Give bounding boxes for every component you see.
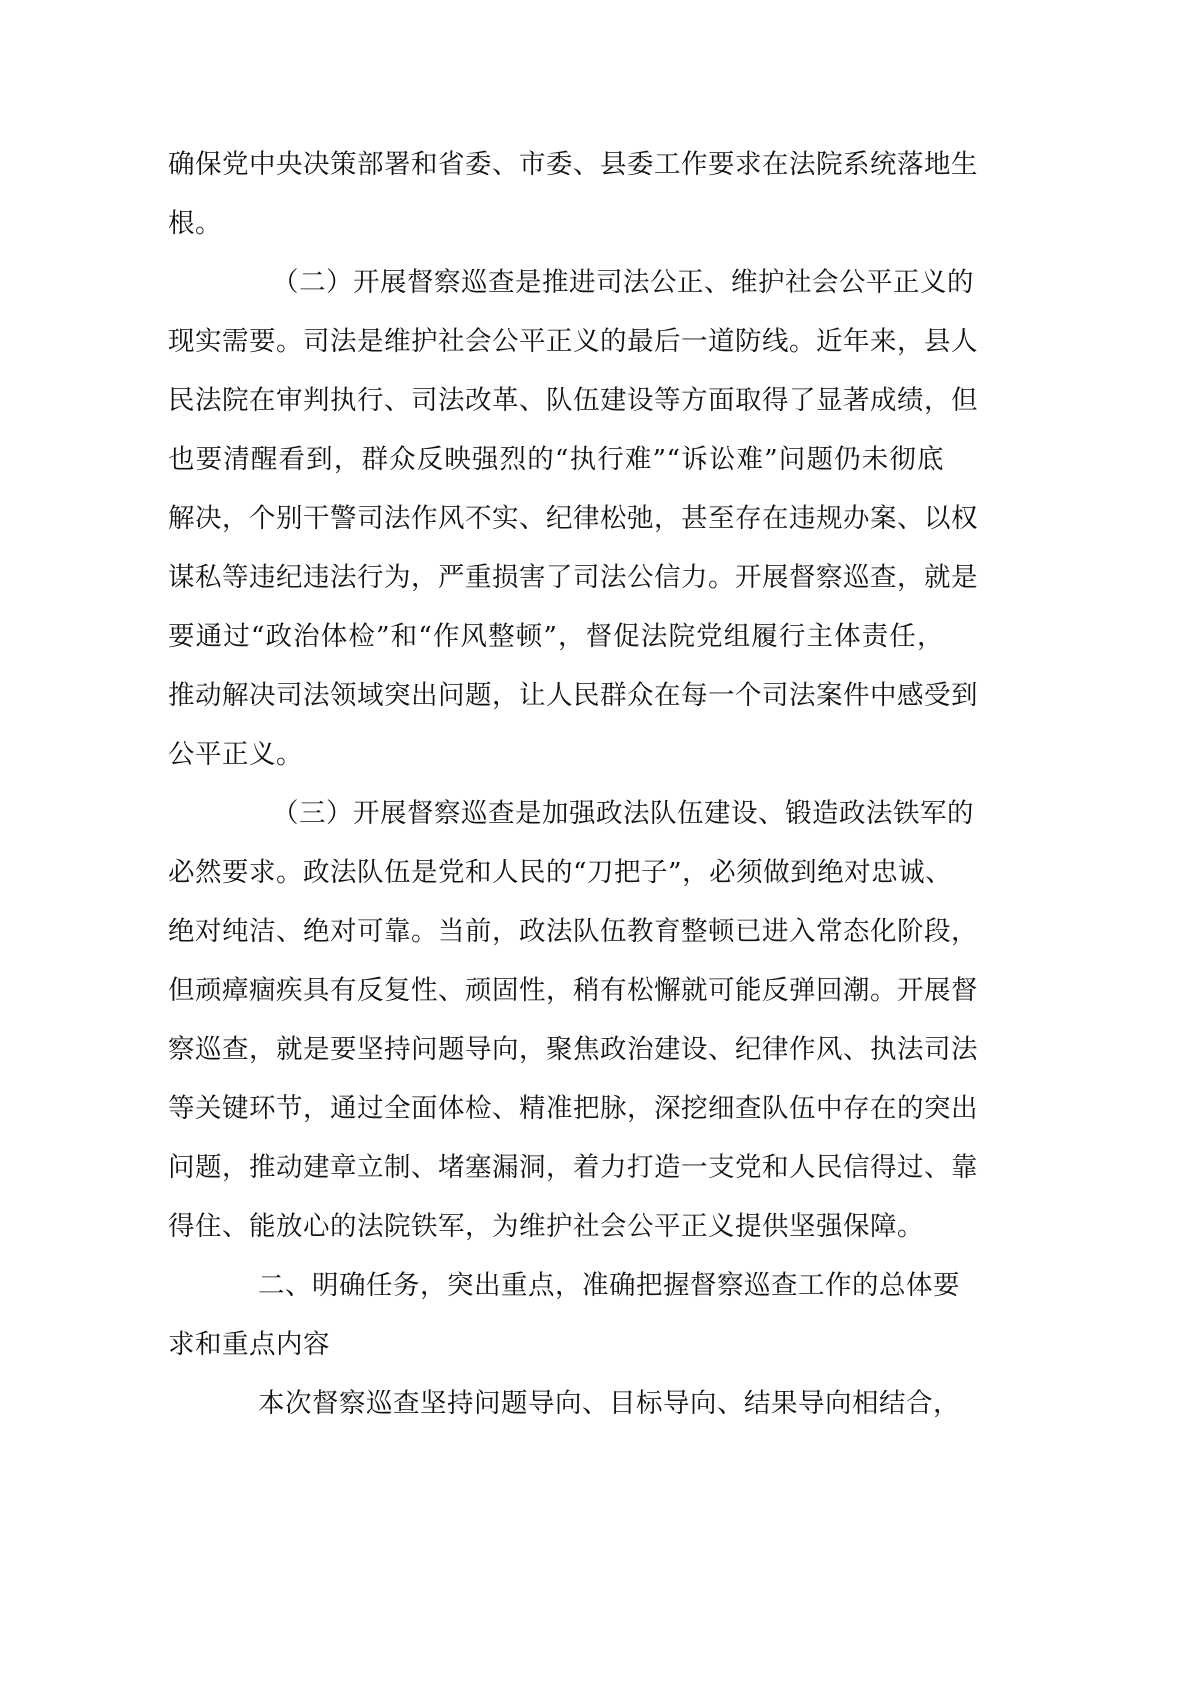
text-line: 谋私等违纪违法行为，严重损害了司法公信力。开展督察巡查，就是: [168, 548, 944, 607]
text-line: （三）开展督察巡查是加强政法队伍建设、锻造政法铁军的: [168, 784, 944, 843]
text-line: 本次督察巡查坚持问题导向、目标导向、结果导向相结合，: [168, 1374, 944, 1433]
text-line: 问题，推动建章立制、堵塞漏洞，着力打造一支党和人民信得过、靠: [168, 1138, 944, 1197]
text-line: 察巡查，就是要坚持问题导向，聚焦政治建设、纪律作风、执法司法: [168, 1020, 944, 1079]
paragraph-section-2: （二）开展督察巡查是推进司法公正、维护社会公平正义的 现实需要。司法是维护社会公…: [168, 253, 944, 784]
text-line: 推动解决司法领域突出问题，让人民群众在每一个司法案件中感受到: [168, 666, 944, 725]
text-line: 必然要求。政法队伍是党和人民的“刀把子”，必须做到绝对忠诚、: [168, 843, 944, 902]
document-page: 确保党中央决策部署和省委、市委、县委工作要求在法院系统落地生 根。 （二）开展督…: [168, 135, 944, 1433]
text-line: 等关键环节，通过全面体检、精准把脉，深挖细查队伍中存在的突出: [168, 1079, 944, 1138]
section-heading-2: 二、明确任务，突出重点，准确把握督察巡查工作的总体要 求和重点内容: [168, 1256, 944, 1374]
text-line: 绝对纯洁、绝对可靠。当前，政法队伍教育整顿已进入常态化阶段，: [168, 902, 944, 961]
text-line: 也要清醒看到，群众反映强烈的“执行难”“诉讼难”问题仍未彻底: [168, 430, 944, 489]
heading-line: 二、明确任务，突出重点，准确把握督察巡查工作的总体要: [168, 1256, 944, 1315]
text-line: 根。: [168, 194, 944, 253]
paragraph-section-3: （三）开展督察巡查是加强政法队伍建设、锻造政法铁军的 必然要求。政法队伍是党和人…: [168, 784, 944, 1256]
text-line: 公平正义。: [168, 725, 944, 784]
text-line: 民法院在审判执行、司法改革、队伍建设等方面取得了显著成绩，但: [168, 371, 944, 430]
heading-line: 求和重点内容: [168, 1315, 944, 1374]
paragraph-intro: 本次督察巡查坚持问题导向、目标导向、结果导向相结合，: [168, 1374, 944, 1433]
text-line: 确保党中央决策部署和省委、市委、县委工作要求在法院系统落地生: [168, 135, 944, 194]
text-line: 要通过“政治体检”和“作风整顿”，督促法院党组履行主体责任，: [168, 607, 944, 666]
paragraph-continuation: 确保党中央决策部署和省委、市委、县委工作要求在法院系统落地生 根。: [168, 135, 944, 253]
text-line: 得住、能放心的法院铁军，为维护社会公平正义提供坚强保障。: [168, 1197, 944, 1256]
text-line: 现实需要。司法是维护社会公平正义的最后一道防线。近年来，县人: [168, 312, 944, 371]
text-line: 解决，个别干警司法作风不实、纪律松弛，甚至存在违规办案、以权: [168, 489, 944, 548]
text-line: 但顽瘴痼疾具有反复性、顽固性，稍有松懈就可能反弹回潮。开展督: [168, 961, 944, 1020]
text-line: （二）开展督察巡查是推进司法公正、维护社会公平正义的: [168, 253, 944, 312]
